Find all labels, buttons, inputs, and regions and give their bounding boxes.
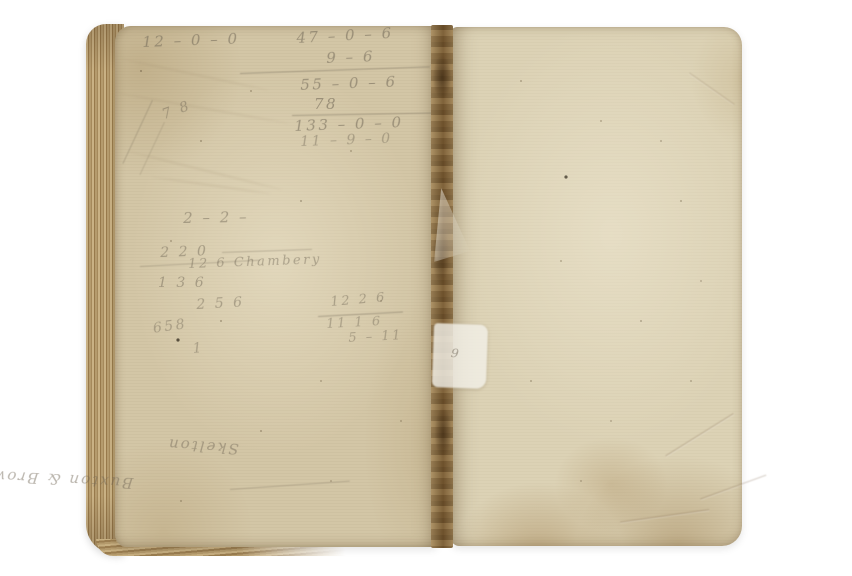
handwriting-line: 9 – 6 xyxy=(326,47,375,67)
foxing-specks-left xyxy=(115,26,117,28)
handwriting-line: 11 – 9 – 0 xyxy=(300,131,393,150)
handwriting-line: 2 5 6 xyxy=(196,294,245,312)
handwriting-line: 1 3 6 xyxy=(158,275,206,291)
handwriting-line: 12 – 0 – 0 xyxy=(142,30,240,51)
right-page xyxy=(451,27,742,546)
patch-pencil-mark: 9 xyxy=(450,346,462,361)
handwriting-line: 2 – 2 – xyxy=(183,208,249,227)
spine-gutter xyxy=(431,25,453,548)
handwriting-line: 1 xyxy=(192,340,205,357)
photo-open-notebook: 9 12 – 0 – 0 47 – 0 – 6 9 – 6 55 – 0 – 6… xyxy=(0,0,852,576)
handwriting-line: 78 xyxy=(314,95,338,113)
handwriting-line: 5 – 11 xyxy=(348,328,403,346)
handwriting-line: 55 – 0 – 6 xyxy=(300,73,398,94)
